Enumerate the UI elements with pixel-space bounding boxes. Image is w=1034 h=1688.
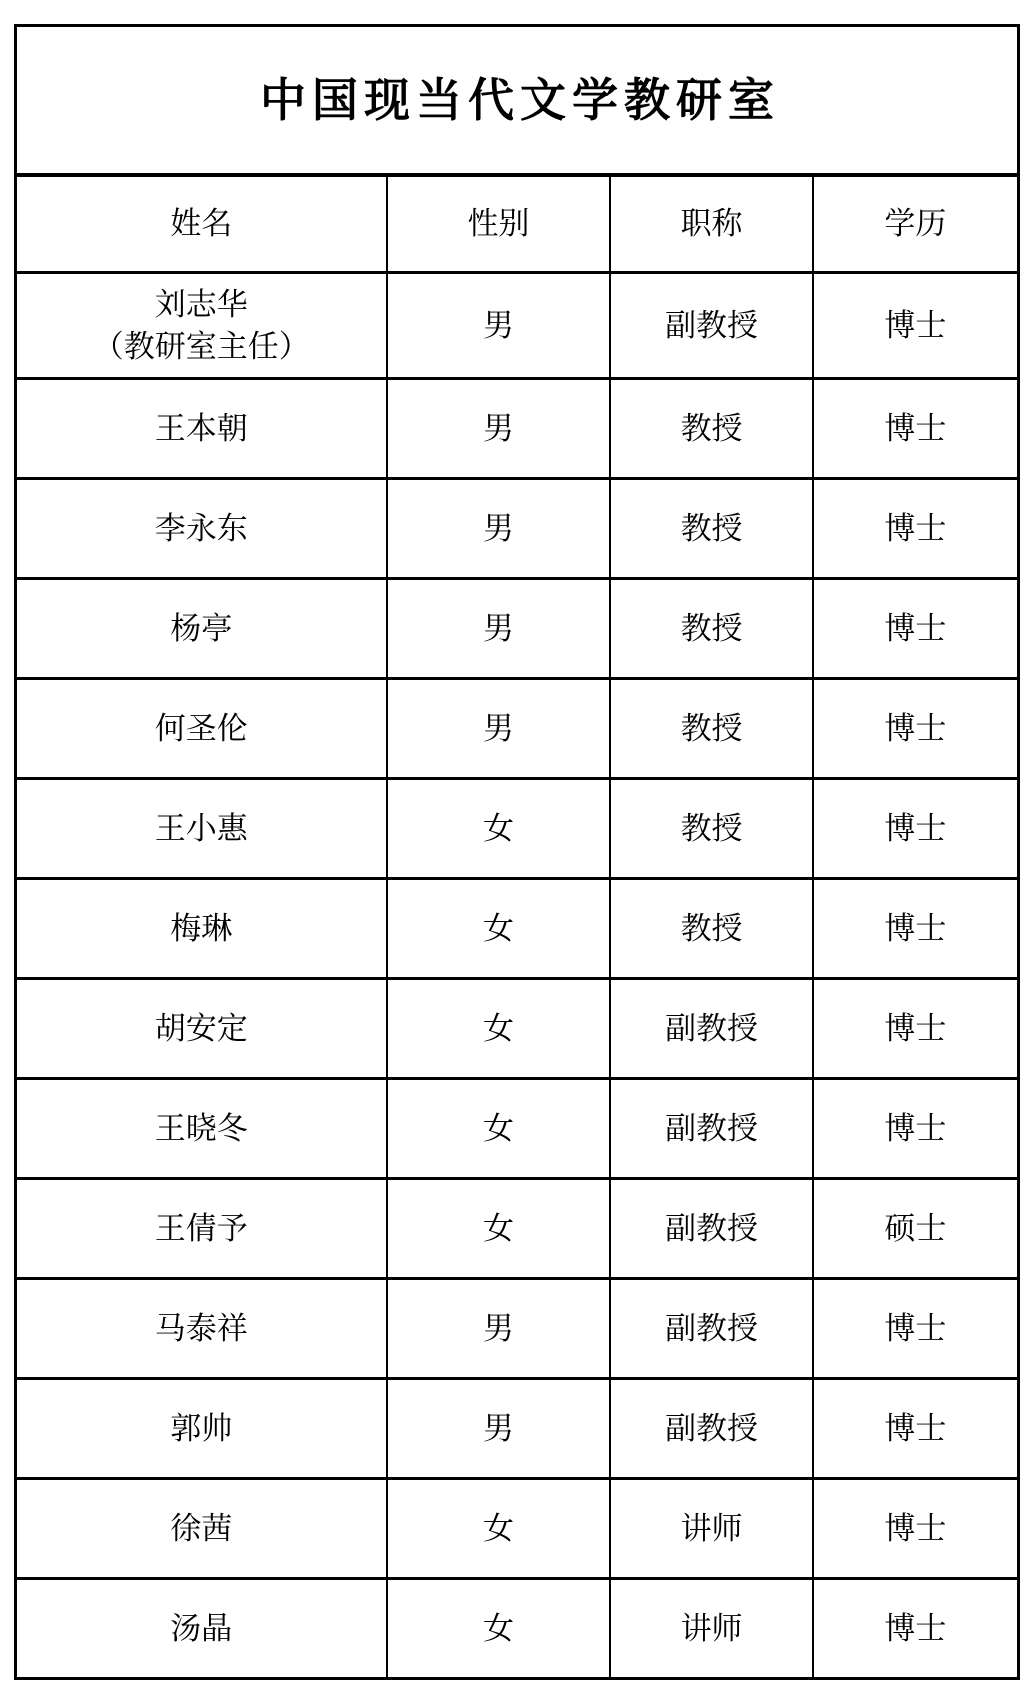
gender-cell: 女	[387, 779, 611, 879]
table-header-row: 姓名 性别 职称 学历	[16, 175, 1019, 273]
staff-name: 何圣伦	[155, 711, 248, 746]
gender-cell: 男	[387, 1379, 611, 1479]
degree-cell: 博士	[813, 273, 1019, 379]
name-cell: 王本朝	[16, 379, 387, 479]
column-header-name: 姓名	[16, 175, 387, 273]
table-title-row: 中国现当代文学教研室	[16, 26, 1019, 176]
staff-name: 郭帅	[170, 1411, 232, 1446]
column-header-gender: 性别	[387, 175, 611, 273]
gender-cell: 女	[387, 979, 611, 1079]
name-cell: 梅琳	[16, 879, 387, 979]
column-header-degree: 学历	[813, 175, 1019, 273]
title-cell: 教授	[610, 479, 813, 579]
staff-name: 王晓冬	[155, 1111, 248, 1146]
degree-cell: 博士	[813, 679, 1019, 779]
table-row: 杨亭男教授博士	[16, 579, 1019, 679]
table-row: 马泰祥男副教授博士	[16, 1279, 1019, 1379]
name-cell: 王倩予	[16, 1179, 387, 1279]
title-cell: 教授	[610, 879, 813, 979]
degree-cell: 博士	[813, 579, 1019, 679]
table-row: 王晓冬女副教授博士	[16, 1079, 1019, 1179]
title-cell: 教授	[610, 579, 813, 679]
title-cell: 教授	[610, 379, 813, 479]
staff-name: 马泰祥	[155, 1311, 248, 1346]
name-cell: 李永东	[16, 479, 387, 579]
title-cell: 副教授	[610, 1379, 813, 1479]
gender-cell: 女	[387, 1079, 611, 1179]
name-cell: 徐茜	[16, 1479, 387, 1579]
title-cell: 讲师	[610, 1479, 813, 1579]
name-cell: 刘志华（教研室主任）	[16, 273, 387, 379]
degree-cell: 博士	[813, 979, 1019, 1079]
table-title: 中国现当代文学教研室	[16, 26, 1019, 176]
name-cell: 何圣伦	[16, 679, 387, 779]
title-cell: 副教授	[610, 273, 813, 379]
column-header-title: 职称	[610, 175, 813, 273]
degree-cell: 博士	[813, 1479, 1019, 1579]
degree-cell: 硕士	[813, 1179, 1019, 1279]
name-cell: 郭帅	[16, 1379, 387, 1479]
staff-table: 中国现当代文学教研室 姓名 性别 职称 学历 刘志华（教研室主任）男副教授博士王…	[14, 24, 1020, 1680]
title-cell: 讲师	[610, 1579, 813, 1679]
table-row: 王本朝男教授博士	[16, 379, 1019, 479]
table-body: 刘志华（教研室主任）男副教授博士王本朝男教授博士李永东男教授博士杨亭男教授博士何…	[16, 273, 1019, 1679]
gender-cell: 男	[387, 579, 611, 679]
name-cell: 胡安定	[16, 979, 387, 1079]
gender-cell: 男	[387, 379, 611, 479]
staff-name: 梅琳	[170, 911, 232, 946]
gender-cell: 男	[387, 273, 611, 379]
degree-cell: 博士	[813, 1079, 1019, 1179]
staff-name-note: （教研室主任）	[17, 326, 386, 368]
title-cell: 教授	[610, 779, 813, 879]
degree-cell: 博士	[813, 379, 1019, 479]
table-row: 徐茜女讲师博士	[16, 1479, 1019, 1579]
degree-cell: 博士	[813, 779, 1019, 879]
staff-name: 杨亭	[170, 611, 232, 646]
title-cell: 副教授	[610, 1179, 813, 1279]
title-cell: 副教授	[610, 1279, 813, 1379]
gender-cell: 女	[387, 1479, 611, 1579]
table-row: 梅琳女教授博士	[16, 879, 1019, 979]
staff-name: 徐茜	[170, 1511, 232, 1546]
staff-name: 王倩予	[155, 1211, 248, 1246]
name-cell: 杨亭	[16, 579, 387, 679]
staff-name: 李永东	[155, 511, 248, 546]
gender-cell: 男	[387, 679, 611, 779]
degree-cell: 博士	[813, 879, 1019, 979]
name-cell: 汤晶	[16, 1579, 387, 1679]
table-row: 胡安定女副教授博士	[16, 979, 1019, 1079]
table-row: 王倩予女副教授硕士	[16, 1179, 1019, 1279]
title-cell: 副教授	[610, 979, 813, 1079]
degree-cell: 博士	[813, 1379, 1019, 1479]
table-row: 何圣伦男教授博士	[16, 679, 1019, 779]
degree-cell: 博士	[813, 1279, 1019, 1379]
table-row: 汤晶女讲师博士	[16, 1579, 1019, 1679]
staff-name: 刘志华	[155, 287, 248, 322]
staff-name: 王本朝	[155, 411, 248, 446]
title-cell: 教授	[610, 679, 813, 779]
name-cell: 王晓冬	[16, 1079, 387, 1179]
staff-name: 王小惠	[155, 811, 248, 846]
degree-cell: 博士	[813, 479, 1019, 579]
staff-name: 汤晶	[170, 1611, 232, 1646]
staff-name: 胡安定	[155, 1011, 248, 1046]
name-cell: 马泰祥	[16, 1279, 387, 1379]
table-row: 李永东男教授博士	[16, 479, 1019, 579]
gender-cell: 女	[387, 879, 611, 979]
gender-cell: 女	[387, 1579, 611, 1679]
gender-cell: 男	[387, 1279, 611, 1379]
table-row: 刘志华（教研室主任）男副教授博士	[16, 273, 1019, 379]
table-row: 郭帅男副教授博士	[16, 1379, 1019, 1479]
gender-cell: 女	[387, 1179, 611, 1279]
gender-cell: 男	[387, 479, 611, 579]
name-cell: 王小惠	[16, 779, 387, 879]
table-row: 王小惠女教授博士	[16, 779, 1019, 879]
degree-cell: 博士	[813, 1579, 1019, 1679]
title-cell: 副教授	[610, 1079, 813, 1179]
